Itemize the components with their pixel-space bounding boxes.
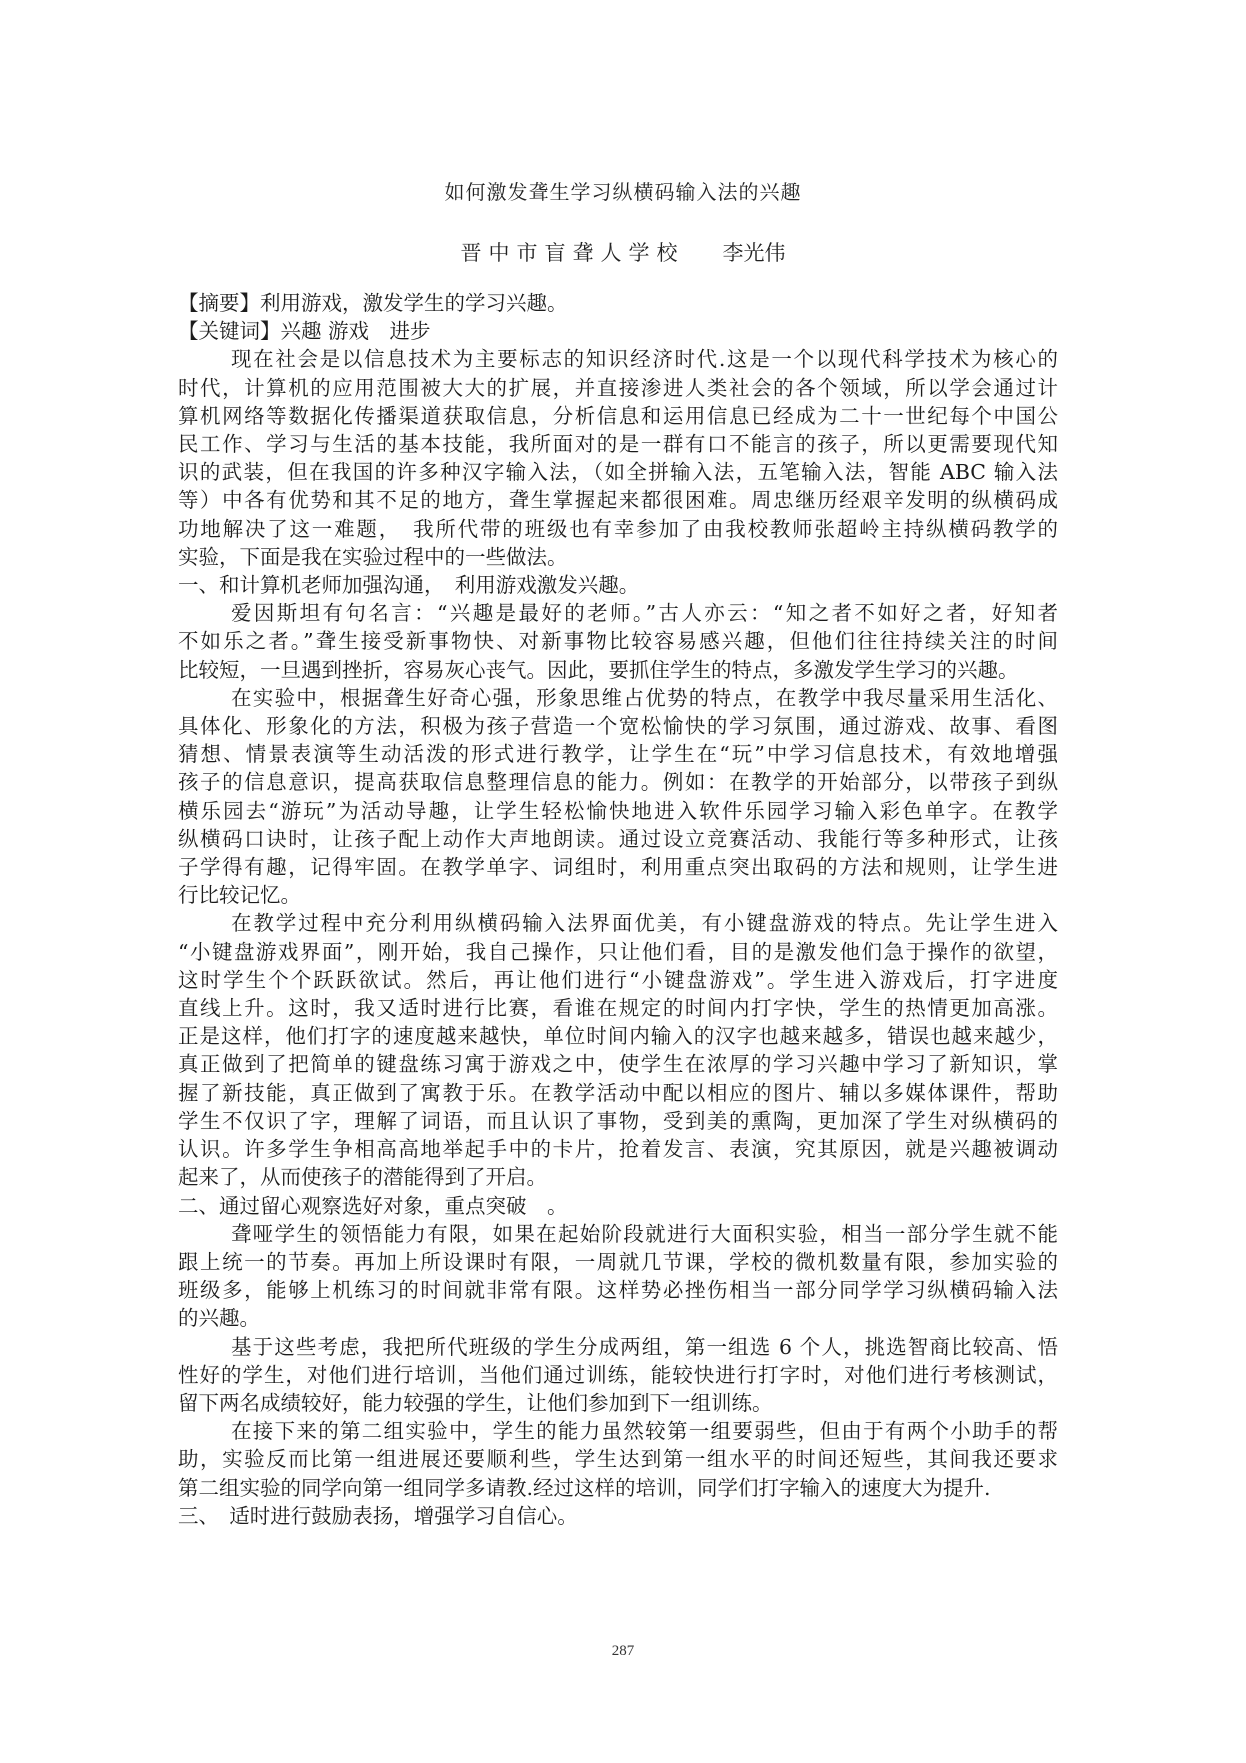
paragraph-line: 基于这些考虑，我把所代班级的学生分成两组，第一组选 6 个人，挑选智商比较高、悟 [178,1333,1058,1361]
paragraph-line: “小键盘游戏界面”，刚开始，我自己操作，只让他们看，目的是激发他们急于操作的欲望… [178,938,1058,966]
paragraph-line: 现在社会是以信息技术为主要标志的知识经济时代.这是一个以现代科学技术为核心的 [178,345,1058,373]
paragraph: 在接下来的第二组实验中，学生的能力虽然较第一组要弱些，但由于有两个小助手的帮助，… [178,1417,1058,1502]
paragraph-line: 实验，下面是我在实验过程中的一些做法。 [178,543,1058,571]
author-school: 晋中市盲聋人学校 [461,241,685,265]
paragraph-line: 班级多，能够上机练习的时间就非常有限。这样势必挫伤相当一部分同学学习纵横码输入法 [178,1276,1058,1304]
keywords-text: 兴趣 游戏 进步 [281,319,431,343]
paragraph: 基于这些考虑，我把所代班级的学生分成两组，第一组选 6 个人，挑选智商比较高、悟… [178,1333,1058,1418]
paragraph-line: 功地解决了这一难题， 我所代带的班级也有幸参加了由我校教师张超岭主持纵横码教学的 [178,515,1058,543]
keywords-label: 【关键词】 [178,319,281,343]
paragraph-line: 聋哑学生的领悟能力有限，如果在起始阶段就进行大面积实验，相当一部分学生就不能 [178,1220,1058,1248]
paragraph-line: 识的武装，但在我国的许多种汉字输入法，（如全拼输入法，五笔输入法，智能 ABC … [178,458,1058,486]
section-heading: 二、通过留心观察选好对象，重点突破 。 [178,1192,1058,1220]
paragraph-line: 具体化、形象化的方法，积极为孩子营造一个宽松愉快的学习氛围，通过游戏、故事、看图 [178,712,1058,740]
section-heading: 一、和计算机老师加强沟通， 利用游戏激发兴趣。 [178,571,1058,599]
paragraph-line: 在接下来的第二组实验中，学生的能力虽然较第一组要弱些，但由于有两个小助手的帮 [178,1417,1058,1445]
paragraph-line: 这时学生个个跃跃欲试。然后，再让他们进行“小键盘游戏”。学生进入游戏后，打字进度 [178,966,1058,994]
document-page: 如何激发聋生学习纵横码输入法的兴趣 晋中市盲聋人学校李光伟 【摘要】利用游戏，激… [0,0,1246,1763]
paragraph-line: 留下两名成绩较好，能力较强的学生，让他们参加到下一组训练。 [178,1389,1058,1417]
abstract-text: 利用游戏，激发学生的学习兴趣。 [260,291,568,315]
paragraph-line: 纵横码口诀时，让孩子配上动作大声地朗读。通过设立竞赛活动、我能行等多种形式，让孩 [178,825,1058,853]
keywords-line: 【关键词】兴趣 游戏 进步 [178,317,1058,345]
paragraph-line: 比较短，一旦遇到挫折，容易灰心丧气。因此，要抓住学生的特点，多激发学生学习的兴趣… [178,656,1058,684]
document-title: 如何激发聋生学习纵横码输入法的兴趣 [0,176,1246,205]
article-content: 现在社会是以信息技术为主要标志的知识经济时代.这是一个以现代科学技术为核心的时代… [178,345,1058,1530]
abstract-line: 【摘要】利用游戏，激发学生的学习兴趣。 [178,289,1058,317]
paragraph-line: 认识。许多学生争相高高地举起手中的卡片，抢着发言、表演，究其原因，就是兴趣被调动 [178,1135,1058,1163]
paragraph-line: 时代，计算机的应用范围被大大的扩展，并直接渗进人类社会的各个领域，所以学会通过计 [178,374,1058,402]
paragraph-line: 的兴趣。 [178,1304,1058,1332]
paragraph: 在实验中，根据聋生好奇心强，形象思维占优势的特点，在教学中我尽量采用生活化、具体… [178,684,1058,910]
paragraph-line: 第二组实验的同学向第一组同学多请教.经过这样的培训，同学们打字输入的速度大为提升… [178,1474,1058,1502]
paragraph: 现在社会是以信息技术为主要标志的知识经济时代.这是一个以现代科学技术为核心的时代… [178,345,1058,571]
document-body: 【摘要】利用游戏，激发学生的学习兴趣。 【关键词】兴趣 游戏 进步 现在社会是以… [178,289,1058,1530]
paragraph-line: 起来了，从而使孩子的潜能得到了开启。 [178,1163,1058,1191]
paragraph-line: 在教学过程中充分利用纵横码输入法界面优美，有小键盘游戏的特点。先让学生进入 [178,909,1058,937]
paragraph-line: 孩子的信息意识，提高获取信息整理信息的能力。例如：在教学的开始部分，以带孩子到纵 [178,768,1058,796]
paragraph-line: 在实验中，根据聋生好奇心强，形象思维占优势的特点，在教学中我尽量采用生活化、 [178,684,1058,712]
paragraph-line: 行比较记忆。 [178,881,1058,909]
paragraph-line: 助，实验反而比第一组进展还要顺利些，学生达到第一组水平的时间还短些，其间我还要求 [178,1445,1058,1473]
paragraph: 爱因斯坦有句名言：“兴趣是最好的老师。”古人亦云：“知之者不如好之者，好知者不如… [178,599,1058,684]
paragraph-line: 直线上升。这时，我又适时进行比赛，看谁在规定的时间内打字快，学生的热情更加高涨。 [178,994,1058,1022]
paragraph-line: 跟上统一的节奏。再加上所设课时有限，一周就几节课，学校的微机数量有限，参加实验的 [178,1248,1058,1276]
author-name: 李光伟 [723,241,786,265]
author-line: 晋中市盲聋人学校李光伟 [0,237,1246,267]
paragraph-line: 子学得有趣，记得牢固。在教学单字、词组时，利用重点突出取码的方法和规则，让学生进 [178,853,1058,881]
paragraph: 聋哑学生的领悟能力有限，如果在起始阶段就进行大面积实验，相当一部分学生就不能跟上… [178,1220,1058,1333]
paragraph-line: 正是这样，他们打字的速度越来越快，单位时间内输入的汉字也越来越多，错误也越来越少… [178,1022,1058,1050]
paragraph: 在教学过程中充分利用纵横码输入法界面优美，有小键盘游戏的特点。先让学生进入“小键… [178,909,1058,1191]
paragraph-line: 算机网络等数据化传播渠道获取信息，分析信息和运用信息已经成为二十一世纪每个中国公 [178,402,1058,430]
paragraph-line: 爱因斯坦有句名言：“兴趣是最好的老师。”古人亦云：“知之者不如好之者，好知者 [178,599,1058,627]
paragraph-line: 学生不仅识了字，理解了词语，而且认识了事物，受到美的熏陶，更加深了学生对纵横码的 [178,1107,1058,1135]
paragraph-line: 等）中各有优势和其不足的地方，聋生掌握起来都很困难。周忠继历经艰辛发明的纵横码成 [178,486,1058,514]
paragraph-line: 横乐园去“游玩”为活动导趣，让学生轻松愉快地进入软件乐园学习输入彩色单字。在教学 [178,797,1058,825]
paragraph-line: 民工作、学习与生活的基本技能，我所面对的是一群有口不能言的孩子，所以更需要现代知 [178,430,1058,458]
paragraph-line: 性好的学生，对他们进行培训，当他们通过训练，能较快进行打字时，对他们进行考核测试… [178,1361,1058,1389]
paragraph-line: 真正做到了把简单的键盘练习寓于游戏之中，使学生在浓厚的学习兴趣中学习了新知识，掌 [178,1050,1058,1078]
page-number: 287 [0,1643,1246,1660]
paragraph-line: 猜想、情景表演等生动活泼的形式进行教学，让学生在“玩”中学习信息技术，有效地增强 [178,740,1058,768]
paragraph-line: 不如乐之者。”聋生接受新事物快、对新事物比较容易感兴趣，但他们往往持续关注的时间 [178,627,1058,655]
paragraph-line: 握了新技能，真正做到了寓教于乐。在教学活动中配以相应的图片、辅以多媒体课件，帮助 [178,1079,1058,1107]
section-heading: 三、 适时进行鼓励表扬，增强学习自信心。 [178,1502,1058,1530]
abstract-label: 【摘要】 [178,291,260,315]
